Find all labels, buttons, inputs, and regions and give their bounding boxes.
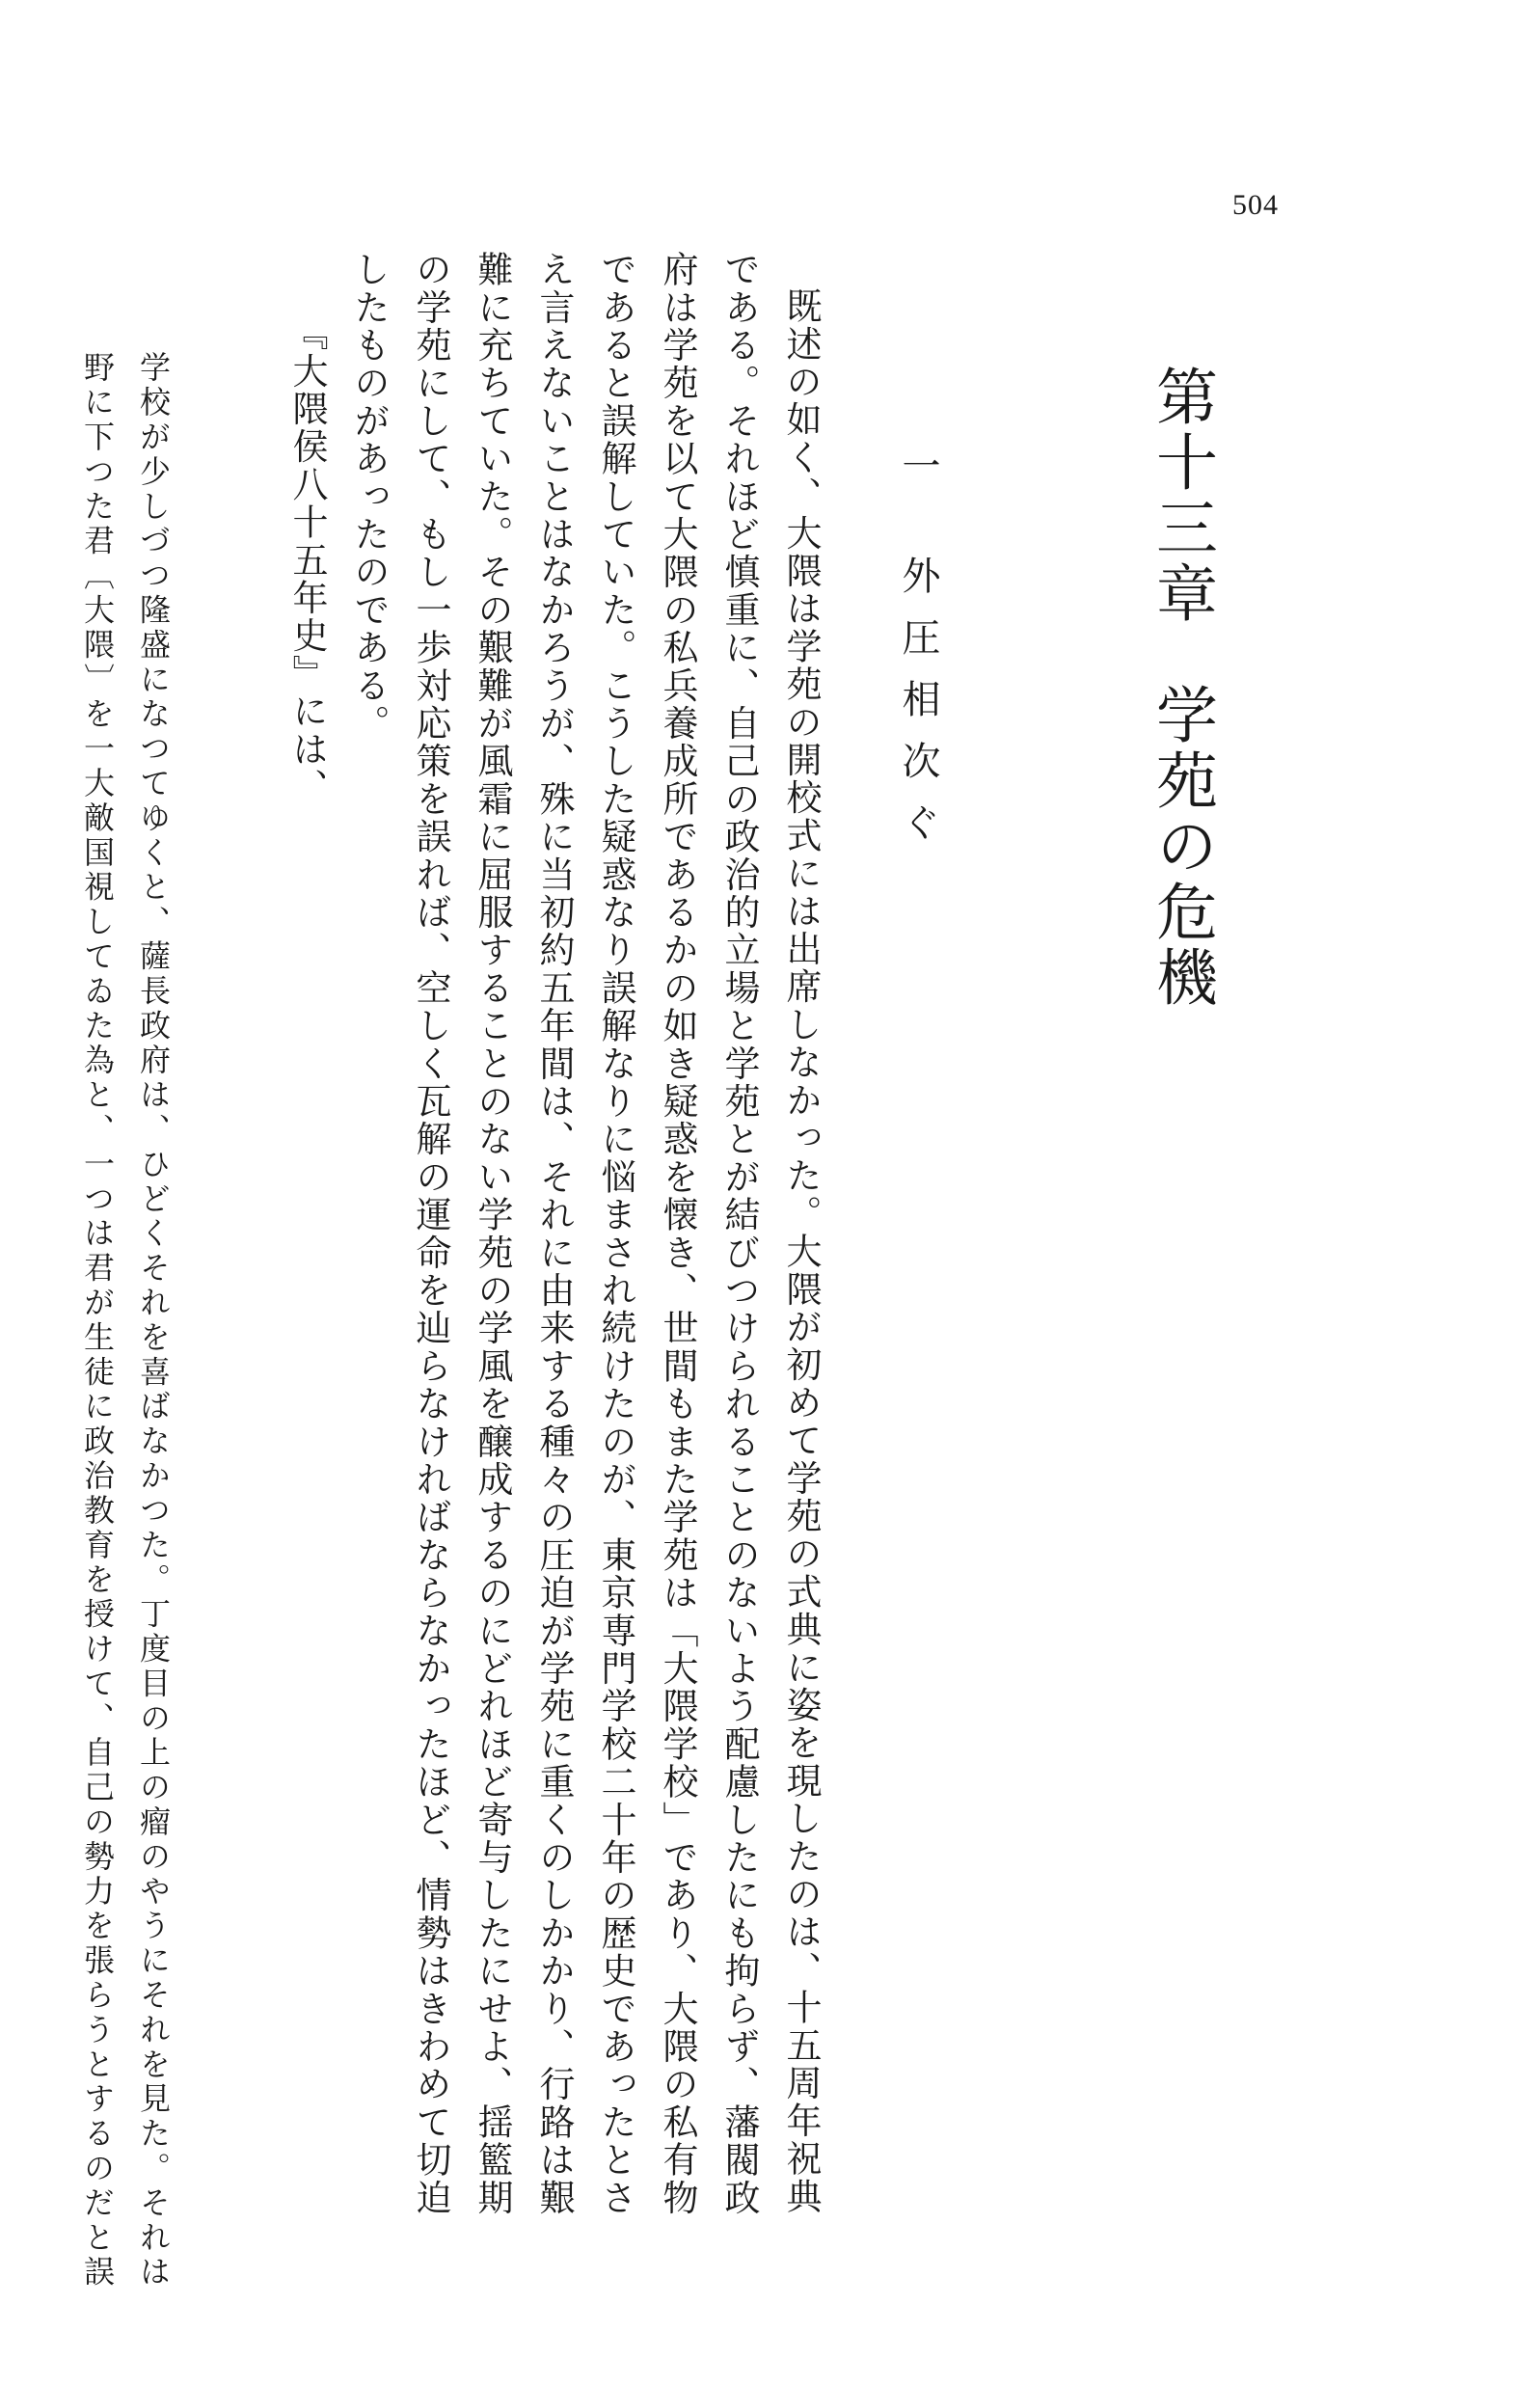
- page-number: 504: [1232, 189, 1279, 222]
- body-column-citation: 『大隈侯八十五年史』には、: [285, 314, 328, 806]
- chapter-number: 第十三章: [1146, 365, 1217, 627]
- body-column: したものがあったのである。: [347, 251, 390, 743]
- quote-column: 野に下つた君〔大隈〕を一大敵国視してゐた為と、一つは君が生徒に政治教育を授けて、…: [79, 351, 116, 2290]
- body-column: である。それほど慎重に、自己の政治的立場と学苑とが結びつけられることのないよう配…: [717, 251, 760, 2216]
- section-title: 外圧相次ぐ: [896, 556, 940, 864]
- body-column: であると誤解していた。こうした疑惑なり誤解なりに悩まされ続けたのが、東京専門学校…: [594, 251, 636, 2216]
- chapter-title: 第十三章学苑の危機: [1148, 365, 1215, 1011]
- quote-column: 学校が少しづつ隆盛になつてゆくと、薩長政府は、ひどくそれを喜ばなかつた。丁度目の…: [135, 351, 172, 2290]
- section-number: 一: [896, 446, 940, 507]
- body-column: え言えないことはなかろうが、殊に当初約五年間は、それに由来する種々の圧迫が学苑に…: [532, 251, 575, 2216]
- chapter-name: 学苑の危機: [1146, 683, 1217, 1011]
- body-column: 既述の如く、大隈は学苑の開校式には出席しなかった。大隈が初めて学苑の式典に姿を現…: [779, 287, 822, 2215]
- section-heading: 一外圧相次ぐ: [897, 446, 939, 864]
- body-column: 府は学苑を以て大隈の私兵養成所であるかの如き疑惑を懐き、世間もまた学苑は「大隈学…: [656, 251, 698, 2216]
- body-column: の学苑にして、もし一歩対応策を誤れば、空しく瓦解の運命を辿らなければならなかった…: [409, 251, 451, 2216]
- body-column: 難に充ちていた。その艱難が風霜に屈服することのない学苑の学風を醸成するのにどれほ…: [471, 251, 513, 2216]
